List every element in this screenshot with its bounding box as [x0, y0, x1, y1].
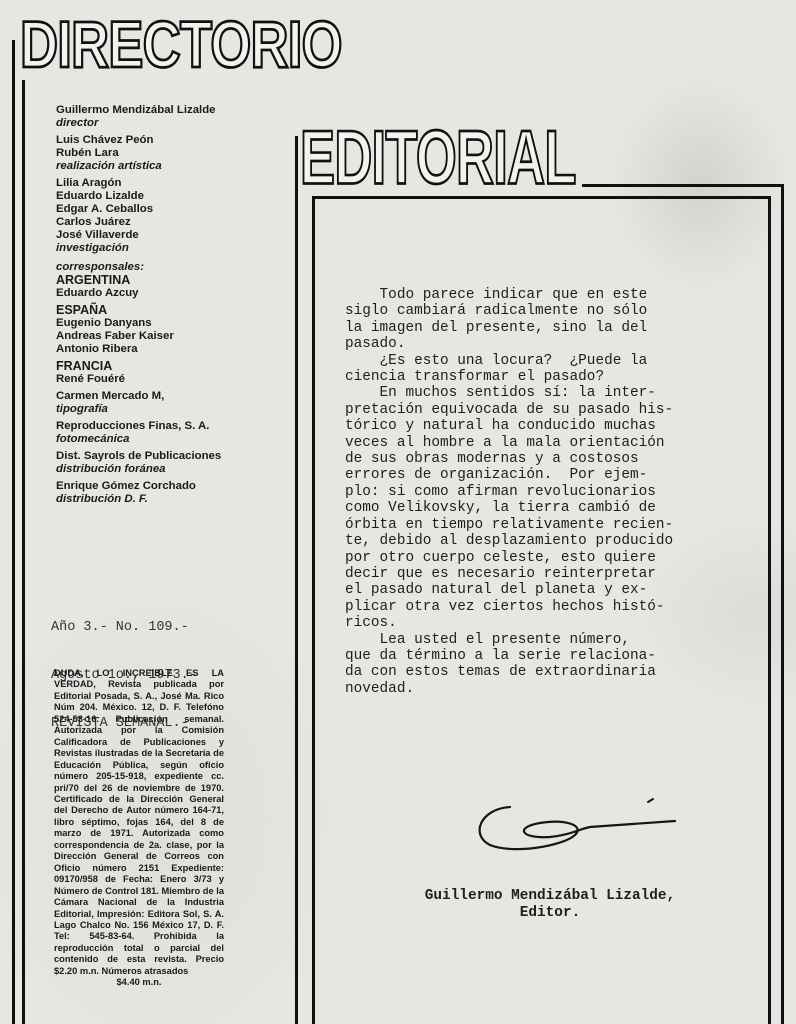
directory-group: Guillermo Mendizábal Lizaldedirector: [56, 104, 246, 134]
role-label: investigación: [56, 242, 246, 255]
directory-group: FRANCIARené Fouéré: [56, 360, 246, 390]
editorial-frame-inner-left: [312, 196, 315, 1024]
role-label: distribución foránea: [56, 463, 246, 476]
person-name: Antonio Ribera: [56, 343, 246, 356]
editorial-line: la imagen del presente, sino la del: [345, 320, 745, 336]
directory-group: Reproducciones Finas, S. A.fotomecánica: [56, 420, 246, 450]
credits: Carmen Mercado M,tipografíaReproduccione…: [56, 390, 246, 510]
directorio-frame-outer-left: [12, 40, 15, 1024]
editorial-line: pretación equivocada de su pasado his-: [345, 402, 745, 418]
person-name: Reproducciones Finas, S. A.: [56, 420, 246, 433]
editorial-line: siglo cambiará radicalmente no sólo: [345, 303, 745, 319]
person-name: Lilia Aragón: [56, 177, 246, 190]
person-name: Carmen Mercado M,: [56, 390, 246, 403]
editorial-frame-outer-left: [295, 136, 298, 1024]
editorial-line: Todo parece indicar que en este: [345, 287, 745, 303]
person-name: René Fouéré: [56, 373, 246, 386]
legal-text: DUDA, LO INCREIBLE ES LA VERDAD, Revista…: [54, 668, 224, 977]
editorial-line: pasado.: [345, 336, 745, 352]
role-label: distribución D. F.: [56, 493, 246, 506]
editorial-line: Lea usted el presente número,: [345, 632, 745, 648]
editorial-body: Todo parece indicar que en estesiglo cam…: [345, 287, 745, 697]
person-name: Eduardo Azcuy: [56, 287, 246, 300]
editorial-line: órbita en tiempo relativamente recien-: [345, 517, 745, 533]
directory-group: ESPAÑAEugenio DanyansAndreas Faber Kaise…: [56, 304, 246, 360]
role-label: realización artística: [56, 160, 246, 173]
legal-back-issue-price: $4.40 m.n.: [54, 977, 224, 988]
directory-group: Carmen Mercado M,tipografía: [56, 390, 246, 420]
editorial-line: novedad.: [345, 681, 745, 697]
signature-icon: [470, 795, 685, 855]
country-heading: ARGENTINA: [56, 274, 246, 287]
person-name: Rubén Lara: [56, 147, 246, 160]
person-name: Enrique Gómez Corchado: [56, 480, 246, 493]
directory-group: Luis Chávez PeónRubén Lararealización ar…: [56, 134, 246, 177]
editorial-line: veces al hombre a la mala orientación: [345, 435, 745, 451]
signer-name: Guillermo Mendizábal Lizalde,: [380, 888, 720, 905]
directory-group: Dist. Sayrols de Publicacionesdistribuci…: [56, 450, 246, 480]
directory-group: Enrique Gómez Corchadodistribución D. F.: [56, 480, 246, 510]
role-label: tipografía: [56, 403, 246, 416]
directorio-frame-inner-left: [22, 80, 25, 1024]
person-name: Guillermo Mendizábal Lizalde: [56, 104, 246, 117]
editorial-line: de sus obras modernas y a costosos: [345, 451, 745, 467]
editorial-line: ricos.: [345, 615, 745, 631]
signer-block: Guillermo Mendizábal Lizalde, Editor.: [380, 888, 720, 922]
person-name: Eduardo Lizalde: [56, 190, 246, 203]
editorial-line: el pasado natural del planeta y ex-: [345, 582, 745, 598]
spacer: [56, 506, 246, 510]
editorial-line: plo: si como afirman revolucionarios: [345, 484, 745, 500]
directory-group: Lilia AragónEduardo LizaldeEdgar A. Ceba…: [56, 177, 246, 259]
editorial-line: ¿Es esto una locura? ¿Puede la: [345, 353, 745, 369]
person-name: Dist. Sayrols de Publicaciones: [56, 450, 246, 463]
editorial-line: plicar otra vez ciertos hechos histó-: [345, 599, 745, 615]
editorial-line: errores de organización. Por ejem-: [345, 467, 745, 483]
editorial-frame-outer-right: [781, 184, 784, 1024]
directorio-list: Guillermo Mendizábal LizaldedirectorLuis…: [56, 104, 246, 510]
editorial-line: que da término a la serie relaciona-: [345, 648, 745, 664]
editorial-frame-inner-top: [314, 196, 771, 199]
editorial-line: En muchos sentidos sí: la inter-: [345, 385, 745, 401]
person-name: Eugenio Danyans: [56, 317, 246, 330]
spacer: [56, 255, 246, 259]
editorial-line: ciencia transformar el pasado?: [345, 369, 745, 385]
directorio-title: DIRECTORIO: [20, 12, 342, 78]
editorial-line: da con estos temas de extraordinaria: [345, 664, 745, 680]
person-name: Luis Chávez Peón: [56, 134, 246, 147]
editorial-line: por otro cuerpo celeste, esto quiere: [345, 550, 745, 566]
role-label: fotomecánica: [56, 433, 246, 446]
editorial-line: como Velikovsky, la tierra cambió de: [345, 500, 745, 516]
person-name: Carlos Juárez: [56, 216, 246, 229]
person-name: Andreas Faber Kaiser: [56, 330, 246, 343]
signer-title: Editor.: [380, 905, 720, 922]
person-name: José Villaverde: [56, 229, 246, 242]
person-name: Edgar A. Ceballos: [56, 203, 246, 216]
directory-group: ARGENTINAEduardo Azcuy: [56, 274, 246, 304]
editorial-line: tórico y natural ha conducido muchas: [345, 418, 745, 434]
staff-entries: Guillermo Mendizábal LizaldedirectorLuis…: [56, 104, 246, 259]
editorial-frame-inner-right: [768, 196, 771, 1024]
legal-notice: DUDA, LO INCREIBLE ES LA VERDAD, Revista…: [54, 668, 224, 989]
editorial-title: EDITORIAL: [300, 120, 576, 196]
correspondents: ARGENTINAEduardo AzcuyESPAÑAEugenio Dany…: [56, 274, 246, 390]
issue-number: Año 3.- No. 109.-: [51, 620, 197, 636]
editorial-line: te, debido al desplazamiento producido: [345, 533, 745, 549]
editorial-line: decir que es necesario reinterpretar: [345, 566, 745, 582]
country-heading: FRANCIA: [56, 360, 246, 373]
country-heading: ESPAÑA: [56, 304, 246, 317]
editorial-frame-outer-top: [582, 184, 784, 187]
role-label: director: [56, 117, 246, 130]
